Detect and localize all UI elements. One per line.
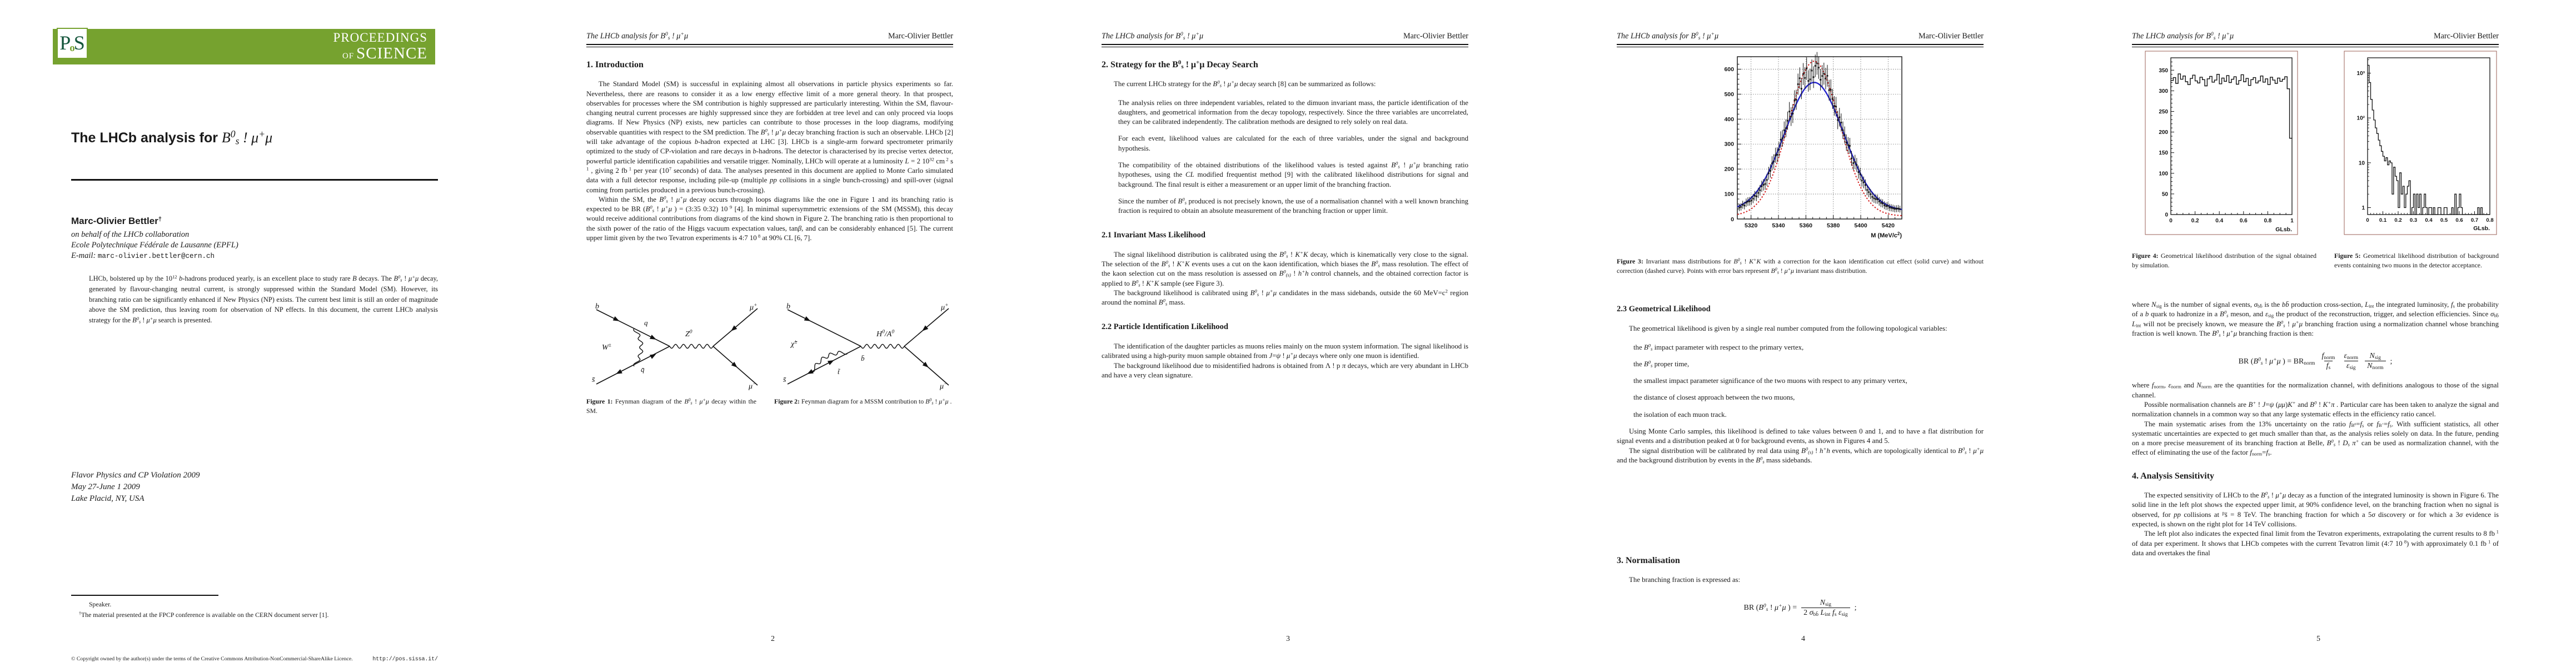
formula-tail: ;	[2390, 357, 2393, 366]
section-2-heading: 2. Strategy for the B0s ! μ+μ Decay Sear…	[1102, 60, 1468, 69]
pos-banner: PoS PROCEEDINGS OF SCIENCE	[53, 29, 435, 64]
svg-text:400: 400	[1724, 116, 1734, 123]
svg-text:b: b	[786, 302, 790, 311]
paragraph: Within the SM, the B0s ! μ+μ decay occur…	[586, 195, 953, 243]
svg-text:5420: 5420	[1882, 222, 1895, 229]
svg-text:200: 200	[1724, 166, 1734, 173]
author-affiliation-2: Ecole Polytechnique Fédérale de Lausanne…	[71, 241, 238, 250]
svg-text:50: 50	[2162, 191, 2169, 197]
svg-text:GLsb.: GLsb.	[2473, 225, 2490, 232]
svg-text:0: 0	[2165, 212, 2168, 218]
paragraph: Possible normalisation channels are B+ !…	[2132, 400, 2499, 420]
normalisation-formula: BR (B0s ! μ+μ ) = BRnorm fnorm fs εnorm …	[2132, 352, 2499, 371]
page-5-body: where Nsig is the number of signal event…	[2132, 300, 2499, 558]
header-rule	[1617, 44, 1984, 47]
svg-text:200: 200	[2159, 130, 2168, 136]
svg-text:0.5: 0.5	[2440, 217, 2448, 223]
list-item: the distance of closest approach between…	[1633, 393, 1984, 402]
section-1-heading: 1. Introduction	[586, 60, 953, 69]
formula-fraction-1: fnorm fs	[2319, 352, 2337, 371]
footnote-rule	[71, 595, 218, 596]
conference-info: Flavor Physics and CP Violation 2009 May…	[71, 470, 200, 505]
author-affiliation-1: on behalf of the LHCb collaboration	[71, 230, 189, 240]
svg-text:s̄: s̄	[783, 376, 786, 384]
header-rule	[2132, 44, 2499, 47]
svg-text:300: 300	[2159, 88, 2168, 94]
running-header: The LHCb analysis for B0s ! μ+μ Marc-Oli…	[586, 32, 953, 41]
list-item: The analysis relies on three independent…	[1118, 98, 1468, 127]
paper-screenshot: arXiv:0908.4066v1 [hep-ex] 27 Aug 2009 P…	[0, 0, 2576, 667]
paper-title: The LHCb analysis for B0s ! μ+μ	[71, 130, 449, 146]
logo-letter-o: o	[69, 42, 75, 54]
section-2-1-heading: 2.1 Invariant Mass Likelihood	[1102, 231, 1468, 240]
svg-text:5400: 5400	[1854, 222, 1867, 229]
svg-text:M (MeV/c2): M (MeV/c2)	[1871, 231, 1902, 239]
banner-title: PROCEEDINGS OF SCIENCE	[333, 31, 427, 62]
svg-text:μ−: μ−	[748, 382, 756, 391]
paragraph: The main systematic arises from the 13% …	[2132, 420, 2499, 458]
svg-text:350: 350	[2159, 68, 2168, 74]
conference-location: Lake Placid, NY, USA	[71, 493, 200, 505]
svg-text:1: 1	[2290, 218, 2294, 224]
section-3-heading: 3. Normalisation	[1617, 556, 1984, 565]
signal-likelihood-chart: 05010015020025030035000.20.40.60.81GLsb.	[2144, 50, 2299, 246]
conference-name: Flavor Physics and CP Violation 2009	[71, 470, 200, 481]
topological-variables: the B0s impact parameter with respect to…	[1633, 343, 1984, 420]
figure-4-caption: Figure 4: Geometrical likelihood distrib…	[2132, 251, 2316, 270]
svg-text:0.6: 0.6	[2455, 217, 2463, 223]
list-item: the B0s impact parameter with respect to…	[1633, 343, 1984, 352]
page-3: The LHCb analysis for B0s ! μ+μ Marc-Oli…	[1030, 0, 1546, 667]
svg-text:0.1: 0.1	[2379, 217, 2387, 223]
running-title: The LHCb analysis for B0s ! μ+μ	[586, 32, 688, 41]
svg-text:b̄: b̄	[861, 354, 865, 362]
normalisation-block: 3. Normalisation The branching fraction …	[1617, 556, 1984, 618]
formula-fraction-3: Nsig Nnorm	[2365, 352, 2385, 371]
svg-text:500: 500	[1724, 91, 1734, 98]
feynman-diagram-mssm: b̄t̃χ̃±H0/A0bs̄μ+μ−	[778, 302, 953, 391]
list-item: Since the number of B0s produced is not …	[1118, 197, 1468, 216]
figure-5-plot: 11010²10³00.10.20.30.40.50.60.70.8GLsb.	[2343, 50, 2498, 248]
svg-text:0.4: 0.4	[2425, 217, 2433, 223]
page-number: 3	[1030, 635, 1546, 644]
banner-line-2: OF SCIENCE	[333, 46, 427, 62]
page-1: PoS PROCEEDINGS OF SCIENCE The LHCb anal…	[0, 0, 515, 667]
svg-text:q: q	[644, 318, 648, 327]
running-header: The LHCb analysis for B0s ! μ+μ Marc-Oli…	[2132, 32, 2499, 41]
svg-text:μ+: μ+	[749, 303, 757, 312]
svg-text:b: b	[595, 302, 599, 311]
paragraph: where fnorm, εnorm and Nnorm are the qua…	[2132, 381, 2499, 400]
svg-text:100: 100	[2159, 171, 2168, 177]
section-2-2-heading: 2.2 Particle Identification Likelihood	[1102, 322, 1468, 332]
svg-text:H0/A0: H0/A0	[876, 330, 894, 339]
paragraph: The background likelihood due to misiden…	[1102, 361, 1468, 381]
list-item: the isolation of each muon track.	[1633, 410, 1984, 420]
svg-text:5360: 5360	[1800, 222, 1813, 229]
figure-2-caption: Figure 2: Feynman diagram for a MSSM con…	[774, 397, 953, 416]
figure-4-plot: 05010015020025030035000.20.40.60.81GLsb.	[2144, 50, 2299, 248]
svg-text:s̄: s̄	[592, 376, 595, 384]
svg-text:μ+: μ+	[940, 303, 948, 312]
banner-line-1: PROCEEDINGS	[333, 31, 427, 44]
running-author: Marc-Olivier Bettler	[888, 32, 953, 41]
svg-text:150: 150	[2159, 150, 2168, 156]
title-rule	[71, 179, 438, 181]
email-address: marc-olivier.bettler@cern.ch	[98, 252, 215, 260]
svg-text:600: 600	[1724, 66, 1734, 73]
page-number: 2	[515, 635, 1030, 644]
figure-5-caption: Figure 5: Geometrical likelihood distrib…	[2334, 251, 2499, 270]
svg-text:0: 0	[2366, 217, 2369, 223]
paragraph: The signal distribution will be calibrat…	[1617, 446, 1984, 466]
svg-text:0.4: 0.4	[2215, 218, 2223, 224]
svg-text:GLsb.: GLsb.	[2275, 226, 2292, 233]
svg-text:q̄: q̄	[641, 365, 645, 374]
page-4: The LHCb analysis for B0s ! μ+μ Marc-Oli…	[1546, 0, 2061, 667]
svg-text:5320: 5320	[1745, 222, 1758, 229]
page-2-body: 1. Introduction The Standard Model (SM) …	[586, 60, 953, 243]
copyright-text: © Copyright owned by the author(s) under…	[71, 656, 353, 662]
author-name: Marc-Olivier Bettler†	[71, 216, 162, 227]
logo-letter-s: S	[74, 32, 85, 54]
figure-captions: Figure 1: Feynman diagram of the B0s ! μ…	[586, 397, 953, 416]
list-item: the B0s proper time,	[1633, 360, 1984, 369]
svg-text:0: 0	[2169, 218, 2173, 224]
page-number: 5	[2061, 635, 2576, 644]
formula-fraction: Nsig 2 σbb̄ Lint fs εsig	[1801, 599, 1850, 618]
page-4-body: 2.3 Geometrical Likelihood The geometric…	[1617, 305, 1984, 465]
running-header: The LHCb analysis for B0s ! μ+μ Marc-Oli…	[1617, 32, 1984, 41]
pos-url: http://pos.sissa.it/	[372, 656, 438, 662]
feynman-diagram-sm: qq̄W±Z0bs̄μ+μ−	[586, 302, 762, 391]
footnote-speaker: Speaker.	[71, 600, 456, 609]
footnote-dagger: †The material presented at the FPCP conf…	[71, 611, 446, 619]
section-2-3-heading: 2.3 Geometrical Likelihood	[1617, 305, 1984, 314]
formula-tail: ;	[1855, 603, 1857, 613]
branching-fraction-formula: BR (B0s ! μ+μ ) = Nsig 2 σbb̄ Lint fs εs…	[1617, 599, 1984, 618]
formula-fraction-2: εnorm εsig	[2341, 352, 2360, 371]
svg-text:Z0: Z0	[685, 330, 692, 339]
svg-text:0: 0	[1731, 216, 1734, 223]
formula-lhs: BR (B0s ! μ+μ ) =	[1744, 603, 1797, 613]
header-rule	[1102, 44, 1468, 47]
svg-text:100: 100	[1724, 191, 1734, 198]
svg-text:0.8: 0.8	[2264, 218, 2271, 224]
paragraph: where Nsig is the number of signal event…	[2132, 300, 2499, 339]
svg-text:250: 250	[2159, 109, 2168, 115]
page-number: 4	[1546, 635, 2061, 644]
copyright-row: © Copyright owned by the author(s) under…	[71, 656, 438, 662]
paragraph: The current LHCb strategy for the B0s ! …	[1102, 79, 1468, 89]
svg-text:10³: 10³	[2357, 71, 2365, 77]
paragraph: The left plot also indicates the expecte…	[2132, 529, 2499, 558]
paragraph: The branching fraction is expressed as:	[1617, 575, 1984, 585]
page-3-body: 2. Strategy for the B0s ! μ+μ Decay Sear…	[1102, 60, 1468, 380]
paragraph: The background likelihood is calibrated …	[1102, 288, 1468, 308]
figure-3-caption: Figure 3: Invariant mass distributions f…	[1617, 257, 1984, 276]
paragraph: The Standard Model (SM) is successful in…	[586, 79, 953, 195]
svg-text:10²: 10²	[2357, 116, 2365, 122]
pos-logo: PoS	[57, 28, 88, 59]
svg-text:5380: 5380	[1827, 222, 1840, 229]
paragraph: Using Monte Carlo samples, this likeliho…	[1617, 427, 1984, 446]
svg-text:0.8: 0.8	[2486, 217, 2493, 223]
formula-lhs: BR (B0s ! μ+μ ) = BRnorm	[2239, 357, 2315, 366]
list-item: The compatibility of the obtained distri…	[1118, 161, 1468, 190]
list-item: the smallest impact parameter significan…	[1633, 376, 1984, 386]
svg-text:t̃: t̃	[838, 367, 841, 376]
svg-text:0.2: 0.2	[2394, 217, 2401, 223]
email-label: E-mail:	[71, 251, 98, 260]
running-header: The LHCb analysis for B0s ! μ+μ Marc-Oli…	[1102, 32, 1468, 41]
figure-1-caption: Figure 1: Feynman diagram of the B0s ! μ…	[586, 397, 756, 416]
paragraph: The identification of the daughter parti…	[1102, 342, 1468, 361]
author-email-row: E-mail: marc-olivier.bettler@cern.ch	[71, 251, 215, 261]
svg-text:5340: 5340	[1772, 222, 1785, 229]
svg-text:1: 1	[2361, 205, 2365, 211]
conference-dates: May 27-June 1 2009	[71, 481, 200, 493]
svg-text:W±: W±	[602, 343, 611, 352]
paragraph: The expected sensitivity of LHCb to the …	[2132, 491, 2499, 529]
svg-text:10: 10	[2359, 160, 2365, 166]
svg-text:300: 300	[1724, 141, 1734, 148]
svg-text:0.3: 0.3	[2410, 217, 2417, 223]
svg-text:χ̃±: χ̃±	[790, 340, 798, 349]
abstract: LHCb, bolstered up by the 1012 b-hadrons…	[89, 273, 438, 326]
paragraph: The geometrical likelihood is given by a…	[1617, 324, 1984, 333]
header-rule	[586, 44, 953, 47]
background-likelihood-chart: 11010²10³00.10.20.30.40.50.60.70.8GLsb.	[2343, 50, 2498, 246]
svg-text:μ−: μ−	[939, 382, 947, 391]
svg-text:0.2: 0.2	[2191, 218, 2199, 224]
mass-distribution-chart: 5320534053605380540054201002003004005006…	[1704, 51, 1909, 252]
title-math: B0s ! μ+μ	[222, 130, 272, 146]
page-5: The LHCb analysis for B0s ! μ+μ Marc-Oli…	[2061, 0, 2576, 667]
svg-text:0.6: 0.6	[2240, 218, 2248, 224]
author-footnote-mark: †	[158, 216, 162, 223]
section-4-heading: 4. Analysis Sensitivity	[2132, 471, 2499, 481]
list-item: For each event, likelihood values are ca…	[1118, 134, 1468, 153]
page-2: The LHCb analysis for B0s ! μ+μ Marc-Oli…	[515, 0, 1030, 667]
feynman-diagrams: qq̄W±Z0bs̄μ+μ− b̄t̃χ̃±H0/A0bs̄μ+μ−	[586, 302, 953, 391]
svg-text:0.7: 0.7	[2471, 217, 2478, 223]
paragraph: The signal likelihood distribution is ca…	[1102, 250, 1468, 288]
figure-3-plot: 5320534053605380540054201002003004005006…	[1704, 51, 1909, 255]
strategy-items: The analysis relies on three independent…	[1118, 98, 1468, 216]
